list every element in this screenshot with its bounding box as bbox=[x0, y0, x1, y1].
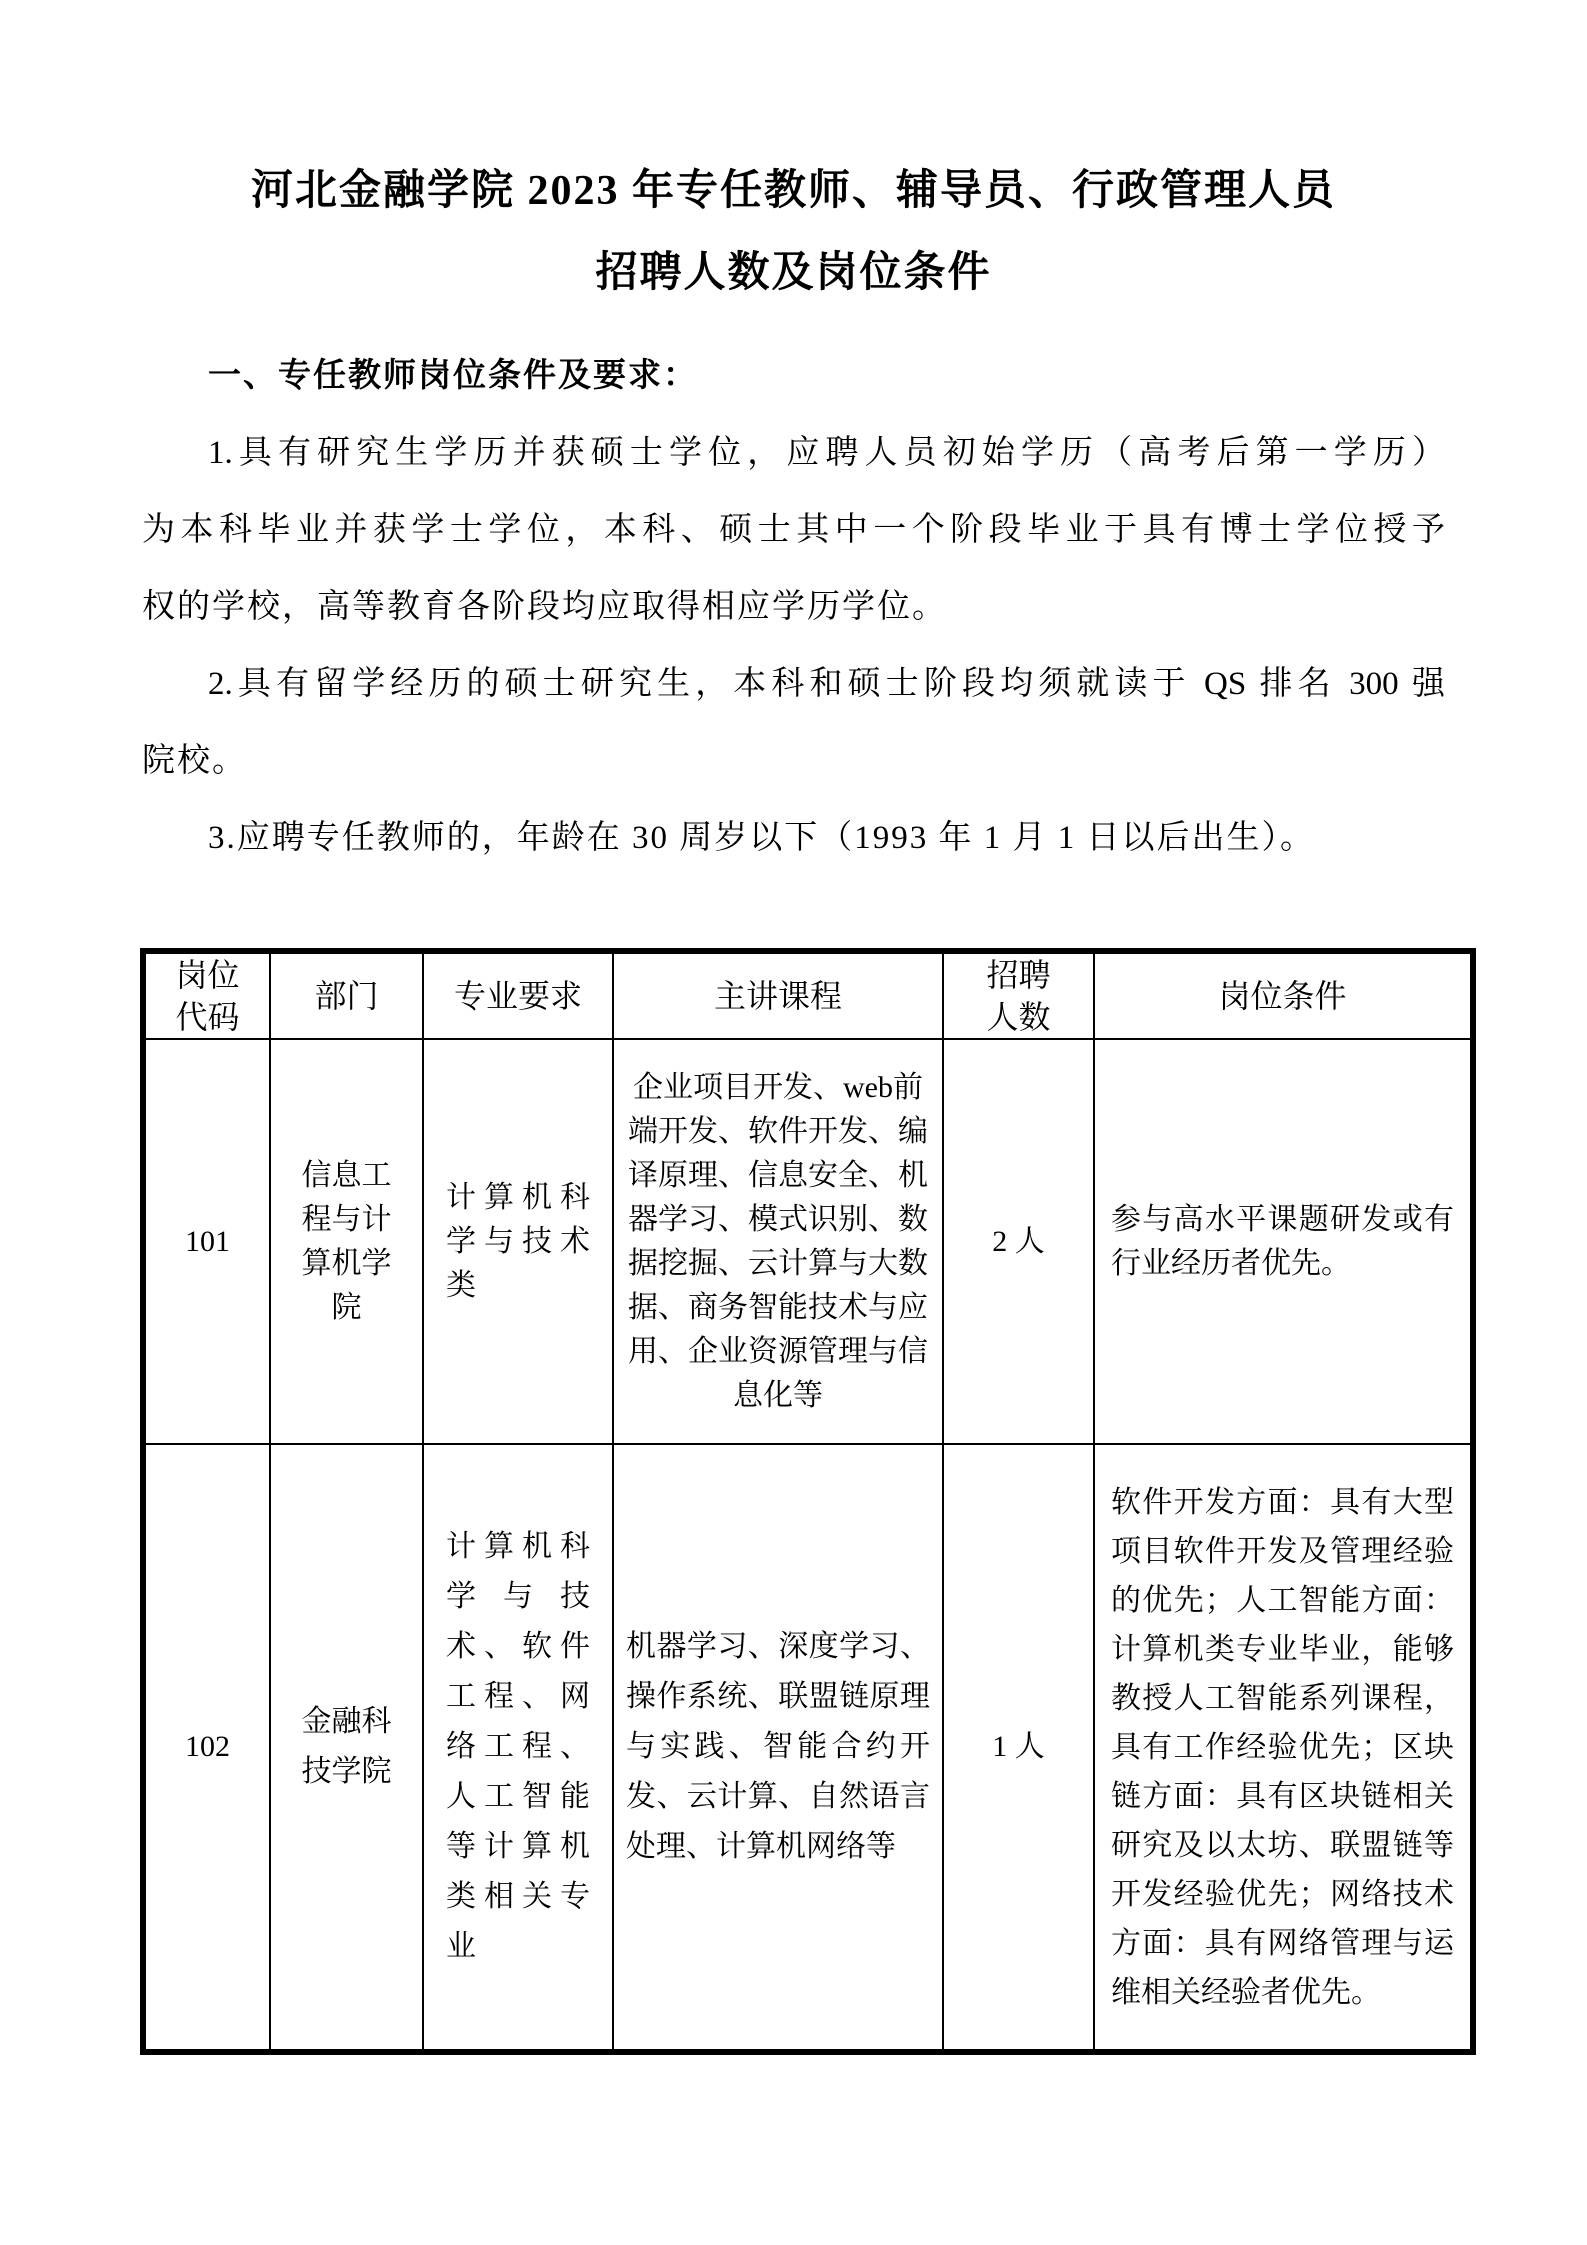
paragraph-3-line-1: 3.应聘专任教师的，年龄在 30 周岁以下（1993 年 1 月 1 日以后出生… bbox=[142, 800, 1445, 877]
cell-conditions-102: 软件开发方面：具有大型项目软件开发及管理经验的优先；人工智能方面：计算机类专业毕… bbox=[1094, 1444, 1473, 2052]
cell-courses-102: 机器学习、深度学习、操作系统、联盟链原理与实践、智能合约开发、云计算、自然语言处… bbox=[613, 1444, 943, 2052]
table-header-row: 岗位代码 部门 专业要求 主讲课程 招聘人数 岗位条件 bbox=[143, 951, 1473, 1039]
paragraph-1-line-2: 为本科毕业并获学士学位，本科、硕士其中一个阶段毕业于具有博士学位授予 bbox=[142, 492, 1445, 569]
cell-department-101: 信息工程与计算机学院 bbox=[270, 1039, 423, 1444]
cell-post-code-102: 102 bbox=[143, 1444, 270, 2052]
paragraph-1-line-1: 1.具有研究生学历并获硕士学位，应聘人员初始学历（高考后第一学历） bbox=[142, 415, 1445, 492]
header-department: 部门 bbox=[270, 951, 423, 1039]
cell-conditions-101: 参与高水平课题研发或有行业经历者优先。 bbox=[1094, 1039, 1473, 1444]
cell-major-102: 计算机科学与技术、软件工程、网络工程、人工智能等计算机类相关专业 bbox=[423, 1444, 613, 2052]
header-conditions: 岗位条件 bbox=[1094, 951, 1473, 1039]
recruitment-table: 岗位代码 部门 专业要求 主讲课程 招聘人数 岗位条件 101 信息工程与计算机… bbox=[140, 948, 1476, 2055]
table-row-102: 102 金融科技学院 计算机科学与技术、软件工程、网络工程、人工智能等计算机类相… bbox=[143, 1444, 1473, 2052]
paragraph-1-line-3: 权的学校，高等教育各阶段均应取得相应学历学位。 bbox=[142, 569, 1445, 646]
document-page: { "page": { "title_lines": [ "河北金融学院 202… bbox=[0, 0, 1587, 2245]
title-line-1: 河北金融学院 2023 年专任教师、辅导员、行政管理人员 bbox=[0, 150, 1587, 232]
paragraph-2-line-2: 院校。 bbox=[142, 723, 1445, 800]
cell-headcount-101: 2 人 bbox=[943, 1039, 1094, 1444]
table-row-101: 101 信息工程与计算机学院 计算机科学与技术类 企业项目开发、web前端开发、… bbox=[143, 1039, 1473, 1444]
cell-department-102: 金融科技学院 bbox=[270, 1444, 423, 2052]
cell-headcount-102: 1 人 bbox=[943, 1444, 1094, 2052]
paragraph-2-line-1: 2.具有留学经历的硕士研究生，本科和硕士阶段均须就读于 QS 排名 300 强 bbox=[142, 646, 1445, 723]
header-courses: 主讲课程 bbox=[613, 951, 943, 1039]
title-line-2: 招聘人数及岗位条件 bbox=[0, 232, 1587, 314]
section-heading: 一、专任教师岗位条件及要求： bbox=[142, 338, 1445, 415]
cell-courses-101: 企业项目开发、web前端开发、软件开发、编译原理、信息安全、机器学习、模式识别、… bbox=[613, 1039, 943, 1444]
header-major: 专业要求 bbox=[423, 951, 613, 1039]
cell-post-code-101: 101 bbox=[143, 1039, 270, 1444]
header-post-code: 岗位代码 bbox=[143, 951, 270, 1039]
cell-major-101: 计算机科学与技术类 bbox=[423, 1039, 613, 1444]
body-text: 一、专任教师岗位条件及要求： 1.具有研究生学历并获硕士学位，应聘人员初始学历（… bbox=[142, 338, 1445, 877]
header-headcount: 招聘人数 bbox=[943, 951, 1094, 1039]
document-title: 河北金融学院 2023 年专任教师、辅导员、行政管理人员 招聘人数及岗位条件 bbox=[0, 150, 1587, 314]
